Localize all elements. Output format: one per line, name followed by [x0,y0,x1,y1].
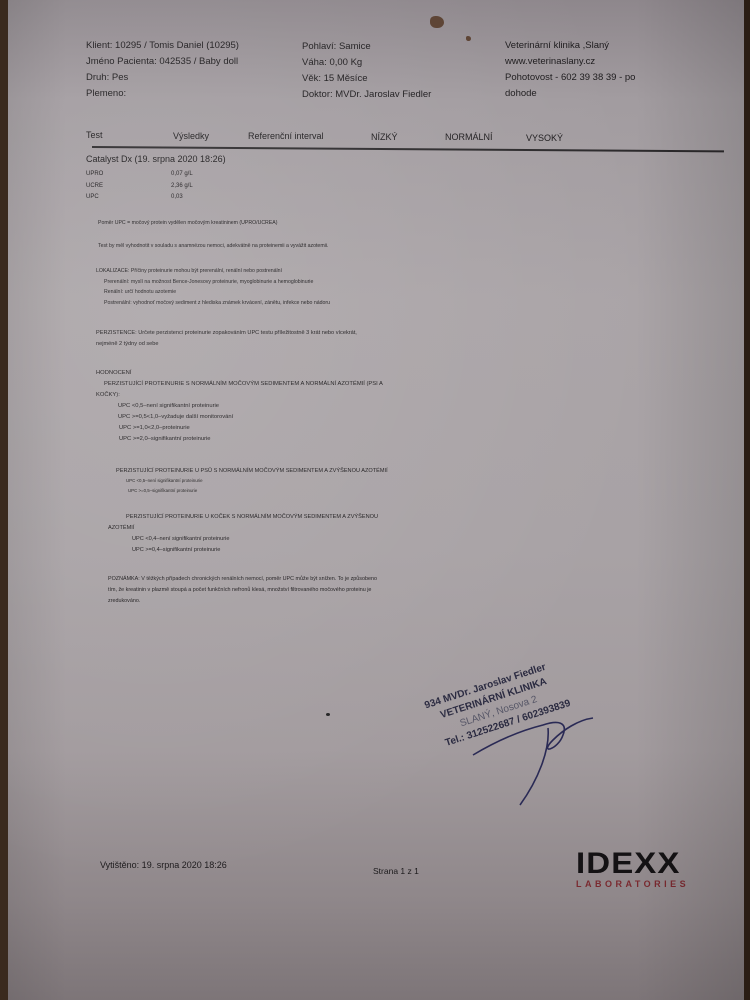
renal-note: Renální: určí hodnotu azotemie [96,287,330,298]
col-results: Výsledky [173,131,209,141]
assessment-block: HODNOCENÍ PERZISTUJÍCÍ PROTEINURIE S NOR… [96,368,383,445]
persistence-line: PERZISTENCE: Určete perzistenci proteinu… [96,328,357,339]
client-line: Klient: 10295 / Tomis Daniel (10295) [86,38,239,54]
table-row: UCRE2,36 g/L [86,181,193,193]
remark-line: zredukováno. [108,596,377,607]
printed-date: Vytištěno: 19. srpna 2020 18:26 [100,860,227,870]
block3-title-cont: AZOTÉMIÍ [108,523,378,534]
header-rule [92,146,724,152]
results-table: UPRO0,07 g/L UCRE2,36 g/L UPC0,03 [86,169,193,204]
block3-item: UPC <0,4–není signifikantní proteinurie [108,534,378,545]
logo-sub: LABORATORIES [576,879,689,889]
clinic-info: Veterinární klinika ,Slaný www.veterinas… [505,38,635,102]
persistence-line-cont: nejméně 2 týdny od sebe [96,339,357,350]
table-row: UPRO0,07 g/L [86,169,193,181]
clinic-website: www.veterinaslany.cz [505,54,635,70]
doctor-signature [468,700,628,810]
breed-line: Plemeno: [86,86,239,102]
clinic-emergency: Pohotovost - 602 39 38 39 - po [505,70,635,86]
page-number: Strana 1 z 1 [373,866,419,876]
age-line: Věk: 15 Měsíce [302,71,431,87]
prerenal-note: Prerenální: myslí na možnost Bence-Jones… [96,277,330,288]
logo-main: IDEXX [576,849,700,879]
block3: PERZISTUJÍCÍ PROTEINURIE U KOČEK S NORMÁ… [108,512,378,556]
lab-report-page: Klient: 10295 / Tomis Daniel (10295) Jmé… [8,0,746,1000]
ink-dot [326,713,330,716]
block1-item: UPC <0,5–není signifikantní proteinurie [96,401,383,412]
paper-tear [430,16,444,28]
localization-block: LOKALIZACE: Příčiny proteinurie mohou bý… [96,266,330,308]
block2: PERZISTUJÍCÍ PROTEINURIE U PSŮ S NORMÁLN… [116,466,388,496]
block1-item: UPC >=1,0<2,0–proteinurie [96,423,383,434]
sex-line: Pohlaví: Samice [302,39,431,55]
col-high: VYSOKÝ [526,133,563,143]
block2-item: UPC >=0,5–signifikantní proteinurie [116,486,388,496]
assessment-title: HODNOCENÍ [96,368,383,379]
table-row: UPC0,03 [86,192,193,204]
remark-line: tím, že kreatinin v plazmě stoupá a poče… [108,585,377,596]
ratio-note: Poměr UPC = močový protein vydělen močov… [98,218,277,229]
col-test: Test [86,130,103,140]
block3-title: PERZISTUJÍCÍ PROTEINURIE U KOČEK S NORMÁ… [108,512,378,523]
patient-info: Klient: 10295 / Tomis Daniel (10295) Jmé… [86,38,239,102]
block3-item: UPC >=0,4–signifikantní proteinurie [108,545,378,556]
doctor-line: Doktor: MVDr. Jaroslav Fiedler [302,87,431,103]
clinic-emergency-cont: dohode [505,86,635,102]
clinic-name: Veterinární klinika ,Slaný [505,38,635,54]
table-surface [744,0,750,1000]
block2-title: PERZISTUJÍCÍ PROTEINURIE U PSŮ S NORMÁLN… [116,466,388,476]
weight-line: Váha: 0,00 Kg [302,55,431,71]
block1-title-cont: KOČKY): [96,390,383,401]
block2-item: UPC <0,5–není signifikantní proteinurie [116,476,388,486]
paper-tear [466,36,471,41]
remark-line: POZNÁMKA: V těžkých případech chronickýc… [108,574,377,585]
patient-name-line: Jméno Pacienta: 042535 / Baby doll [86,54,239,70]
col-reference: Referenční interval [248,131,324,141]
patient-details: Pohlaví: Samice Váha: 0,00 Kg Věk: 15 Mě… [302,39,431,103]
species-line: Druh: Pes [86,70,239,86]
postrenal-note: Postrenální: vyhodnoť močový sediment z … [96,298,330,309]
col-low: NÍZKÝ [371,132,398,142]
persistence-block: PERZISTENCE: Určete perzistenci proteinu… [96,328,357,349]
idexx-logo: IDEXX LABORATORIES [576,849,689,889]
evaluate-note: Test by měl vyhodnotit v souladu s anamn… [98,241,328,252]
remark-block: POZNÁMKA: V těžkých případech chronickýc… [108,574,377,607]
col-normal: NORMÁLNÍ [445,132,493,142]
block1-title: PERZISTUJÍCÍ PROTEINURIE S NORMÁLNÍM MOČ… [96,379,383,390]
block1-item: UPC >=2,0–signifikantní proteinurie [96,434,383,445]
localization-title: LOKALIZACE: Příčiny proteinurie mohou bý… [96,266,330,277]
block1-item: UPC >=0,5<1,0–vyžaduje další monitorován… [96,412,383,423]
section-title: Catalyst Dx (19. srpna 2020 18:26) [86,154,226,164]
